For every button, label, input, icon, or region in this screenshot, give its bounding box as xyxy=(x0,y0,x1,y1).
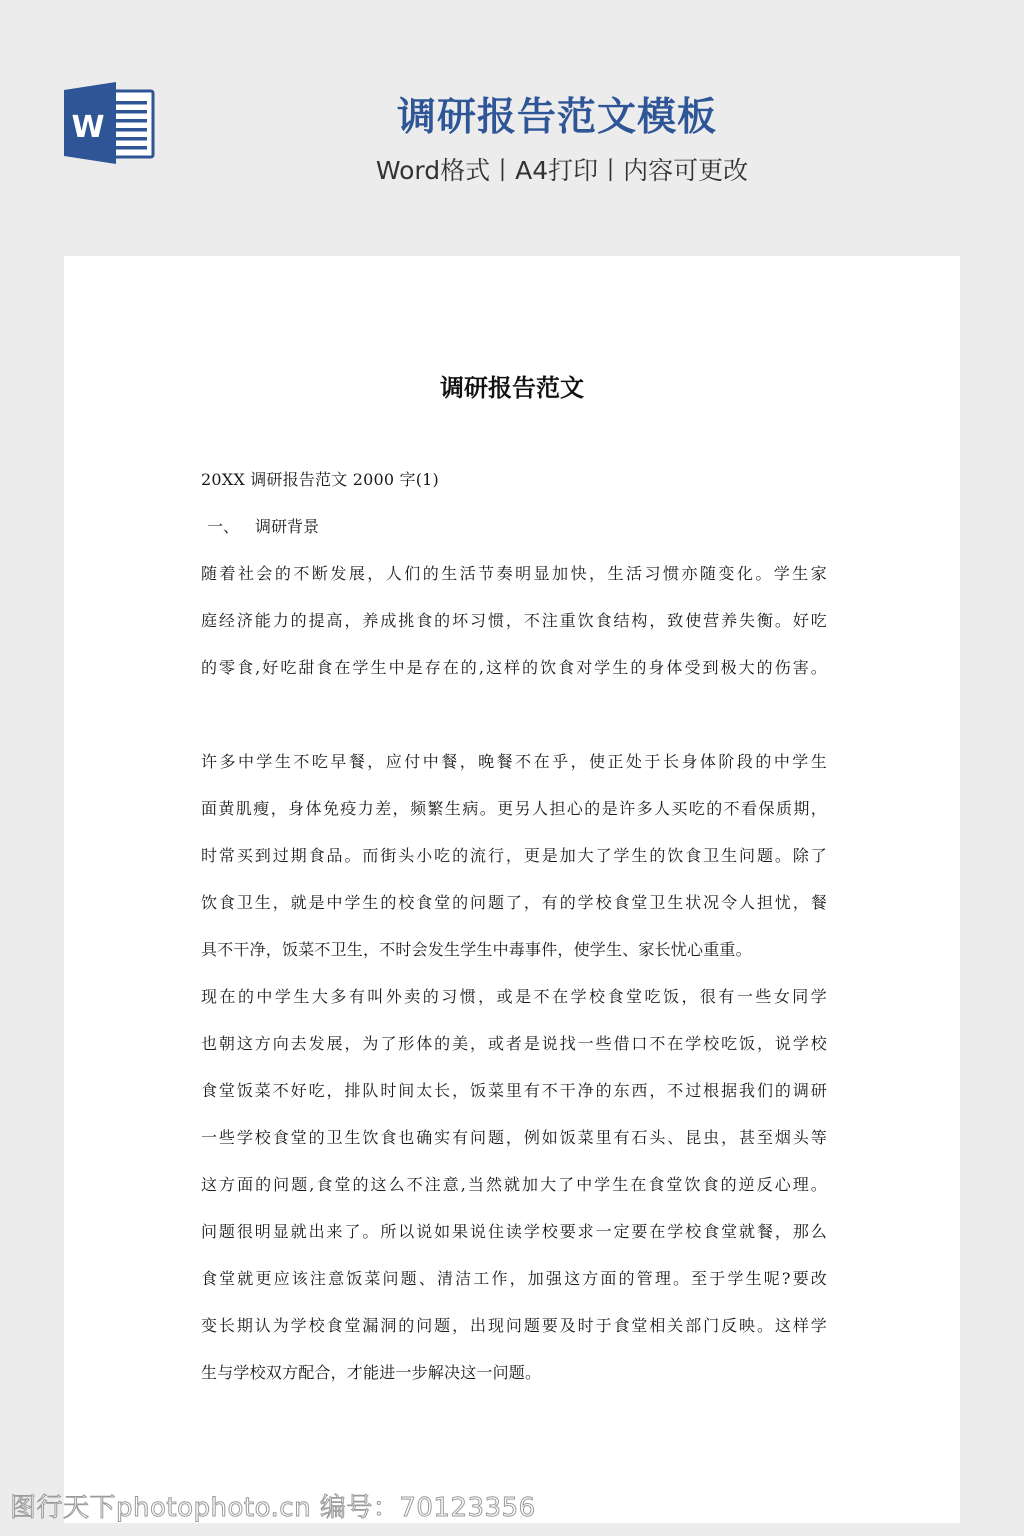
document-body: 20XX 调研报告范文 2000 字(1) 一、调研背景 随着社会的不断发展，人… xyxy=(201,466,827,1406)
watermark-text: 图行天下photophoto.cn 编号：70123356 xyxy=(10,1488,536,1528)
paragraph-line: 一些学校食堂的卫生饮食也确实有问题，例如饭菜里有石头、昆虫，甚至烟头等 xyxy=(201,1124,827,1171)
section-number: 一、 xyxy=(207,517,239,536)
section-heading-text: 调研背景 xyxy=(255,517,319,536)
header-banner: W 调研报告范文模板 Word格式丨A4打印丨内容可更改 xyxy=(0,0,1024,256)
paragraph-line: 这方面的问题,食堂的这么不注意,当然就加大了中学生在食堂饮食的逆反心理。 xyxy=(201,1171,827,1218)
paragraph-line: 问题很明显就出来了。所以说如果说住读学校要求一定要在学校食堂就餐，那么 xyxy=(201,1218,827,1265)
paragraph-line: 的零食,好吃甜食在学生中是存在的,这样的饮食对学生的身体受到极大的伤害。 xyxy=(201,654,827,701)
document-title: 调研报告范文 xyxy=(64,368,960,408)
paragraph-line: 庭经济能力的提高，养成挑食的坏习惯，不注重饮食结构，致使营养失衡。好吃 xyxy=(201,607,827,654)
paragraph-line: 现在的中学生大多有叫外卖的习惯，或是不在学校食堂吃饭，很有一些女同学 xyxy=(201,983,827,1030)
paragraph-line: 面黄肌瘦，身体免疫力差，频繁生病。更另人担心的是许多人买吃的不看保质期， xyxy=(201,795,827,842)
paragraph-1: 随着社会的不断发展，人们的生活节奏明显加快，生活习惯亦随变化。学生家 庭经济能力… xyxy=(201,560,827,701)
header-subtitle: Word格式丨A4打印丨内容可更改 xyxy=(0,152,1024,190)
paragraph-line: 具不干净，饭菜不卫生，不时会发生学生中毒事件，使学生、家长忧心重重。 xyxy=(201,936,827,983)
paragraph-line: 时常买到过期食品。而街头小吃的流行，更是加大了学生的饮食卫生问题。除了 xyxy=(201,842,827,889)
paragraph-line: 变长期认为学校食堂漏洞的问题，出现问题要及时于食堂相关部门反映。这样学 xyxy=(201,1312,827,1359)
paragraph-line: 许多中学生不吃早餐，应付中餐，晚餐不在乎，使正处于长身体阶段的中学生 xyxy=(201,748,827,795)
paragraph-line: 生与学校双方配合，才能进一步解决这一问题。 xyxy=(201,1359,827,1406)
paragraph-line: 食堂饭菜不好吃，排队时间太长，饭菜里有不干净的东西，不过根据我们的调研 xyxy=(201,1077,827,1124)
paragraph-line: 也朝这方向去发展，为了形体的美，或者是说找一些借口不在学校吃饭，说学校 xyxy=(201,1030,827,1077)
section-heading: 一、调研背景 xyxy=(201,513,827,560)
paragraph-line: 饮食卫生，就是中学生的校食堂的问题了，有的学校食堂卫生状况令人担忧，餐 xyxy=(201,889,827,936)
paragraph-2: 许多中学生不吃早餐，应付中餐，晚餐不在乎，使正处于长身体阶段的中学生 面黄肌瘦，… xyxy=(201,748,827,983)
document-subtitle-line: 20XX 调研报告范文 2000 字(1) xyxy=(201,466,827,513)
paragraph-line: 食堂就更应该注意饭菜问题、清洁工作，加强这方面的管理。至于学生呢?要改 xyxy=(201,1265,827,1312)
paragraph-spacer xyxy=(201,701,827,748)
paragraph-line: 随着社会的不断发展，人们的生活节奏明显加快，生活习惯亦随变化。学生家 xyxy=(201,560,827,607)
document-page: 调研报告范文 20XX 调研报告范文 2000 字(1) 一、调研背景 随着社会… xyxy=(64,256,960,1523)
header-title: 调研报告范文模板 xyxy=(0,92,1024,144)
paragraph-3: 现在的中学生大多有叫外卖的习惯，或是不在学校食堂吃饭，很有一些女同学 也朝这方向… xyxy=(201,983,827,1406)
